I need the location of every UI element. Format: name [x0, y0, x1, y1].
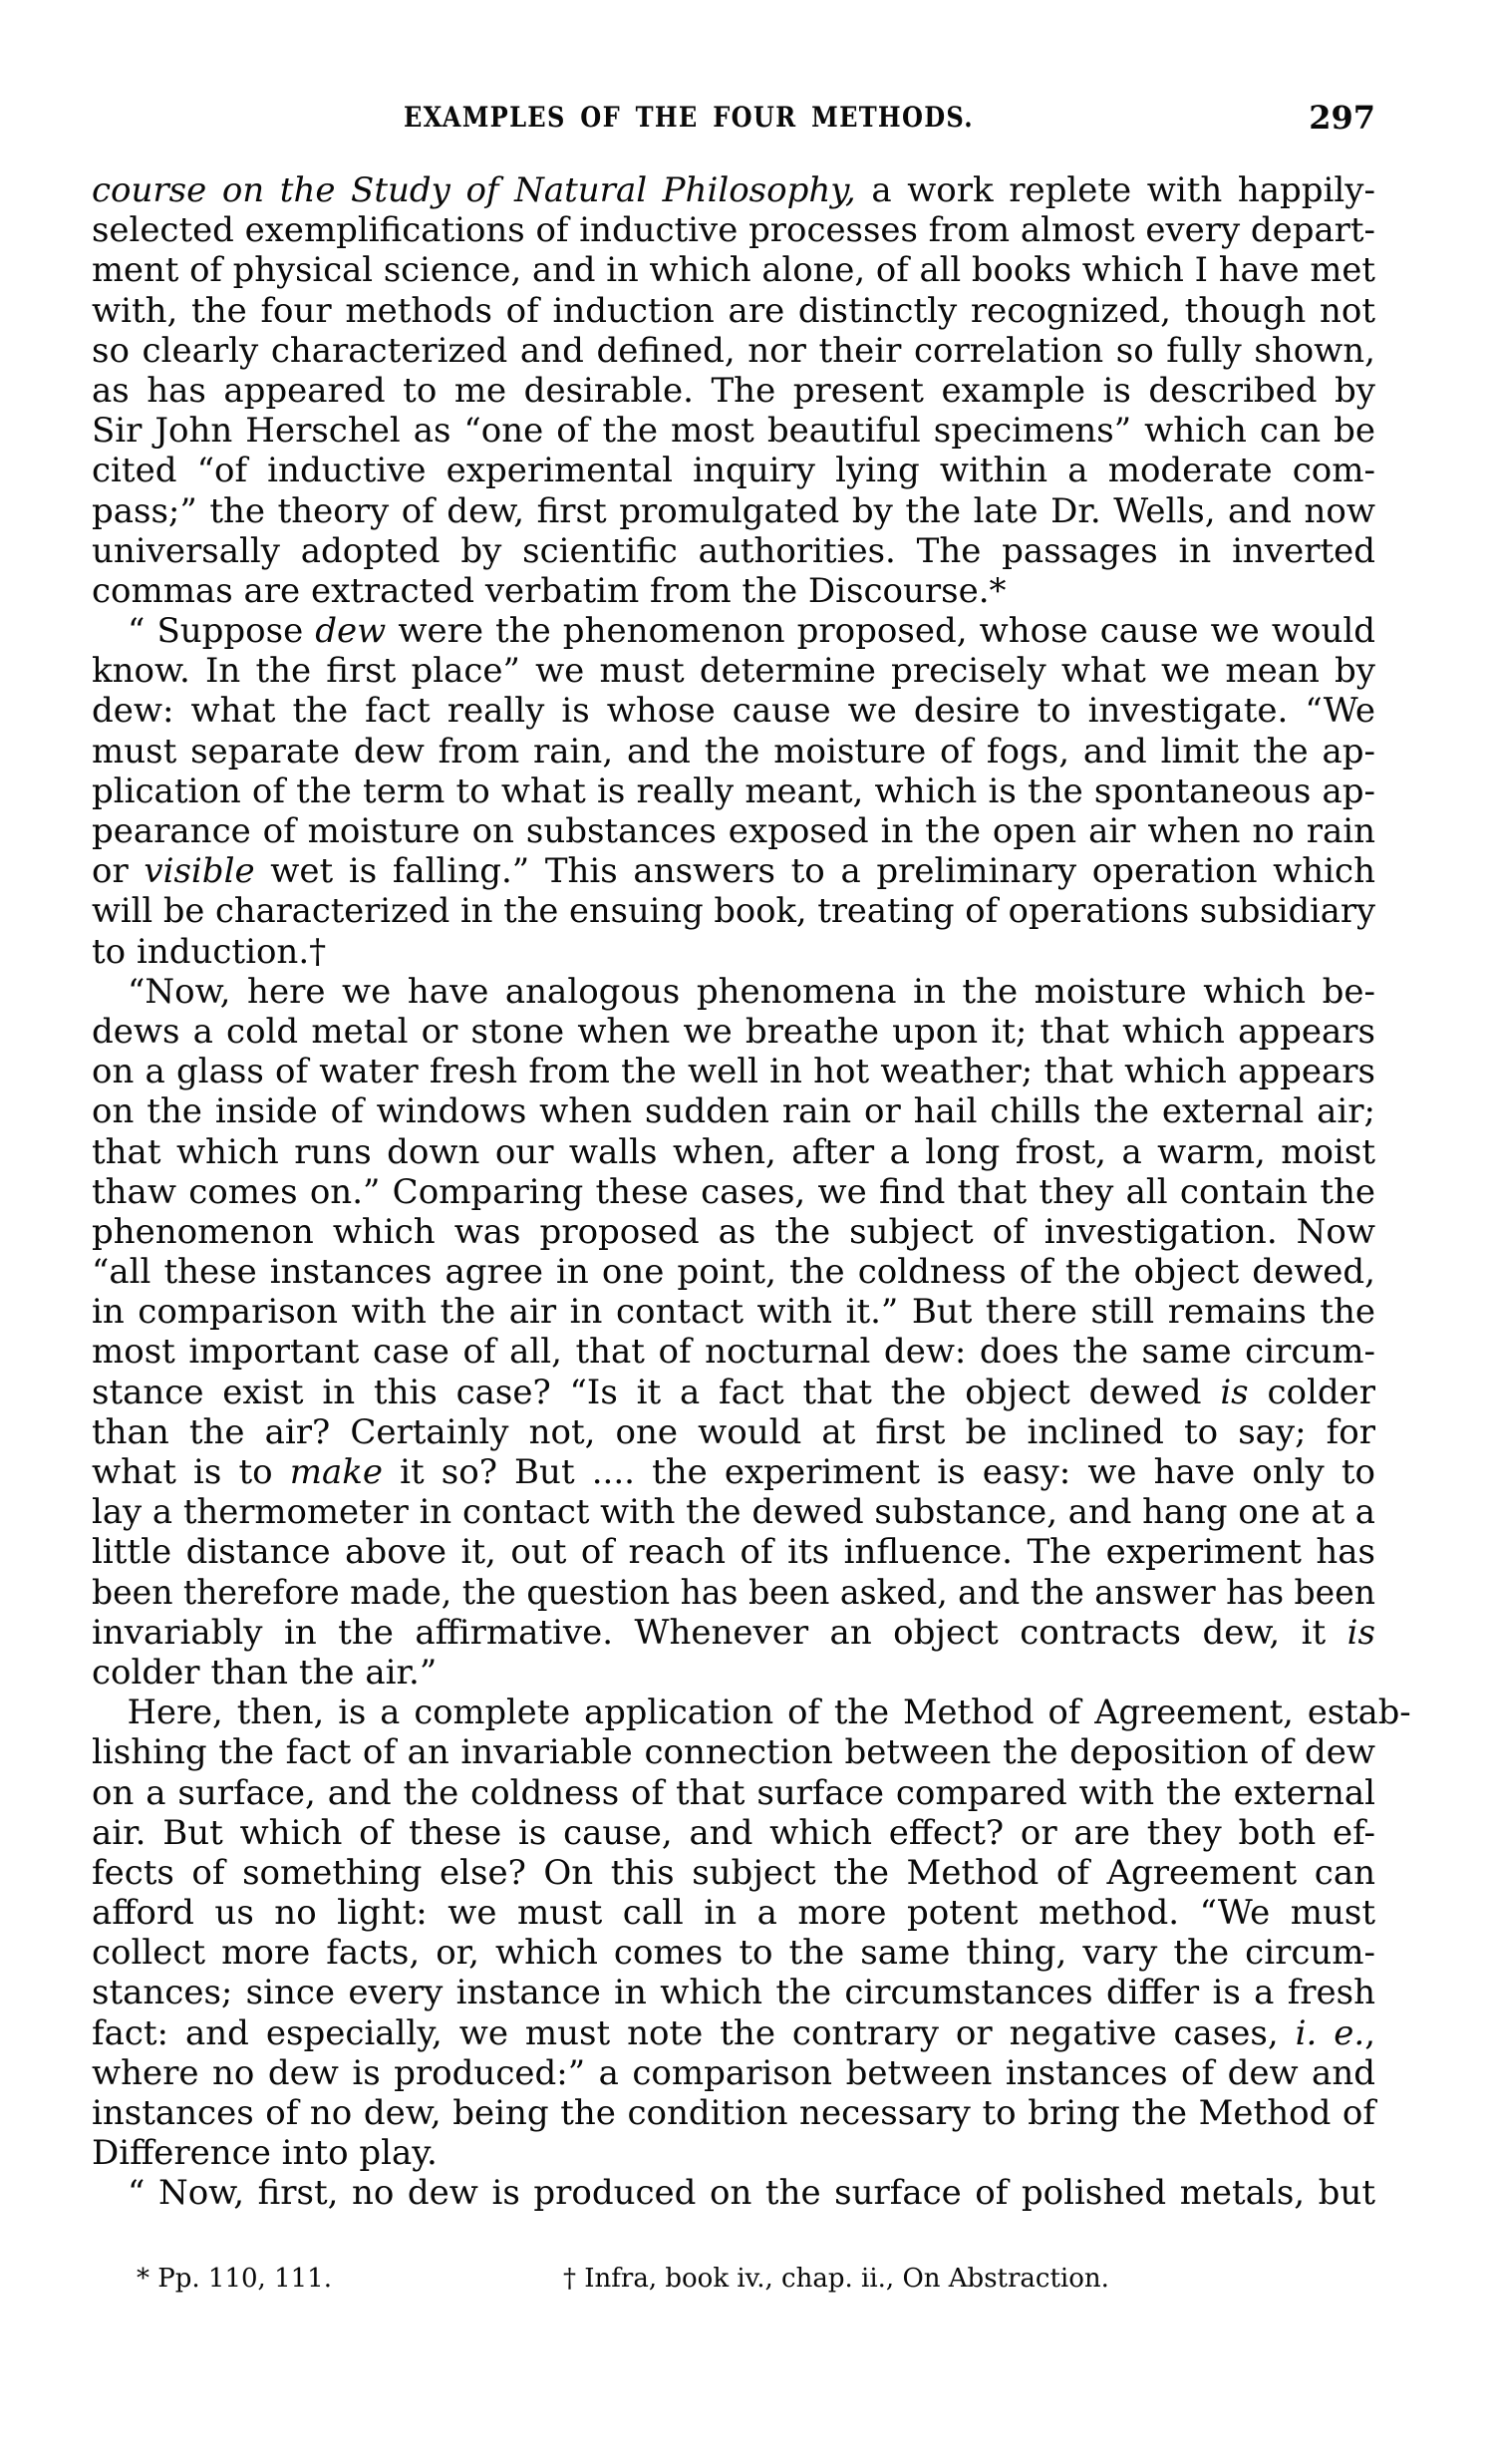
text-line: or visible wet is falling.” This answers…	[92, 851, 1375, 891]
roman-text: Here, then, is a complete application of…	[128, 1693, 1411, 1732]
text-line: fects of something else? On this subject…	[92, 1853, 1375, 1893]
roman-text: “ Suppose	[128, 611, 315, 651]
roman-text: that which runs down our walls when, aft…	[92, 1132, 1375, 1172]
roman-text: “ Now, first, no dew is produced on the …	[128, 2173, 1375, 2213]
text-line: thaw comes on.” Comparing these cases, w…	[92, 1172, 1375, 1212]
text-line: what is to make it so? But .... the expe…	[92, 1452, 1375, 1492]
roman-text: as has appeared to me desirable. The pre…	[92, 371, 1375, 411]
roman-text: thaw comes on.” Comparing these cases, w…	[92, 1172, 1375, 1212]
roman-text: lishing the fact of an invariable connec…	[92, 1732, 1375, 1772]
text-line: so clearly characterized and defined, no…	[92, 331, 1375, 371]
roman-text: stance exist in this case? “Is it a fact…	[92, 1373, 1220, 1412]
footnote-dagger: † Infra, book iv., chap. ii., On Abstrac…	[563, 2259, 1109, 2299]
running-head: EXAMPLES OF THE FOUR METHODS. 297	[92, 98, 1375, 138]
roman-text: air. But which of these is cause, and wh…	[92, 1813, 1375, 1853]
roman-text: than the air? Certainly not, one would a…	[92, 1412, 1375, 1452]
text-line: pearance of moisture on substances expos…	[92, 811, 1375, 851]
roman-text: on a glass of water fresh from the well …	[92, 1052, 1375, 1091]
roman-text: Sir John Herschel as “one of the most be…	[92, 411, 1375, 451]
text-line: lishing the fact of an invariable connec…	[92, 1732, 1375, 1772]
text-line: commas are extracted verbatim from the D…	[92, 571, 1375, 611]
roman-text: wet is falling.” This answers to a preli…	[255, 851, 1375, 891]
italic-text: is	[1220, 1373, 1248, 1412]
roman-text: been therefore made, the question has be…	[92, 1573, 1375, 1613]
roman-text: dews a cold metal or stone when we breat…	[92, 1012, 1375, 1052]
text-line: afford us no light: we must call in a mo…	[92, 1893, 1375, 1933]
text-line: selected exemplifications of inductive p…	[92, 210, 1375, 250]
roman-text: must separate dew from rain, and the moi…	[92, 732, 1375, 771]
text-line: universally adopted by scientific author…	[92, 531, 1375, 571]
roman-text: colder than the air.”	[92, 1653, 437, 1693]
roman-text: commas are extracted verbatim from the D…	[92, 571, 1007, 611]
text-line: little distance above it, out of reach o…	[92, 1532, 1375, 1572]
text-line: Difference into play.	[92, 2133, 1375, 2173]
italic-text: course on the Study of Natural Philosoph…	[92, 170, 856, 210]
roman-text: “Now, here we have analogous phenomena i…	[128, 972, 1375, 1012]
text-line: pass;” the theory of dew, first promulga…	[92, 491, 1375, 531]
text-line: to induction.†	[92, 932, 1375, 972]
text-line: in comparison with the air in contact wi…	[92, 1292, 1375, 1332]
roman-text: in comparison with the air in contact wi…	[92, 1292, 1375, 1332]
roman-text: what is to	[92, 1452, 290, 1492]
roman-text: selected exemplifications of inductive p…	[92, 210, 1375, 250]
italic-text: make	[290, 1452, 383, 1492]
text-line: most important case of all, that of noct…	[92, 1332, 1375, 1372]
page-number: 297	[1309, 98, 1375, 138]
roman-text: on the inside of windows when sudden rai…	[92, 1091, 1375, 1131]
body-text: course on the Study of Natural Philosoph…	[92, 170, 1375, 2214]
roman-text: colder	[1249, 1373, 1375, 1412]
roman-text: to induction.†	[92, 932, 326, 972]
roman-text: cited “of inductive experimental inquiry…	[92, 451, 1375, 490]
text-line: “ Now, first, no dew is produced on the …	[92, 2173, 1375, 2213]
roman-text: ,	[1364, 2013, 1375, 2053]
text-line: “Now, here we have analogous phenomena i…	[92, 972, 1375, 1012]
text-line: on a glass of water fresh from the well …	[92, 1052, 1375, 1091]
text-line: plication of the term to what is really …	[92, 771, 1375, 811]
roman-text: on a surface, and the coldness of that s…	[92, 1773, 1375, 1813]
roman-text: where no dew is produced:” a comparison …	[92, 2053, 1375, 2093]
roman-text: fact: and especially, we must note the c…	[92, 2013, 1296, 2053]
italic-text: is	[1347, 1613, 1375, 1653]
text-line: dew: what the fact really is whose cause…	[92, 691, 1375, 731]
roman-text: with, the four methods of induction are …	[92, 291, 1375, 331]
footnote-star: * Pp. 110, 111.	[137, 2259, 332, 2299]
text-line: must separate dew from rain, and the moi…	[92, 732, 1375, 771]
text-line: “all these instances agree in one point,…	[92, 1252, 1375, 1292]
text-line: cited “of inductive experimental inquiry…	[92, 451, 1375, 490]
roman-text: or	[92, 851, 144, 891]
text-line: than the air? Certainly not, one would a…	[92, 1412, 1375, 1452]
roman-text: a work replete with happily-	[856, 170, 1375, 210]
roman-text: pass;” the theory of dew, first promulga…	[92, 491, 1375, 531]
text-line: been therefore made, the question has be…	[92, 1573, 1375, 1613]
roman-text: phenomenon which was proposed as the sub…	[92, 1212, 1375, 1252]
roman-text: stances; since every instance in which t…	[92, 1973, 1375, 2012]
roman-text: were the phenomenon proposed, whose caus…	[386, 611, 1375, 651]
roman-text: know. In the first place” we must determ…	[92, 651, 1375, 691]
footnotes: * Pp. 110, 111. † Infra, book iv., chap.…	[137, 2259, 1333, 2299]
text-line: “ Suppose dew were the phenomenon propos…	[92, 611, 1375, 651]
roman-text: universally adopted by scientific author…	[92, 531, 1375, 571]
text-line: that which runs down our walls when, aft…	[92, 1132, 1375, 1172]
text-line: air. But which of these is cause, and wh…	[92, 1813, 1375, 1853]
roman-text: “all these instances agree in one point,…	[92, 1252, 1375, 1292]
text-line: invariably in the affirmative. Whenever …	[92, 1613, 1375, 1653]
text-line: stance exist in this case? “Is it a fact…	[92, 1373, 1375, 1412]
roman-text: ment of physical science, and in which a…	[92, 250, 1375, 290]
roman-text: lay a thermometer in contact with the de…	[92, 1492, 1375, 1532]
text-line: fact: and especially, we must note the c…	[92, 2013, 1375, 2053]
text-line: on a surface, and the coldness of that s…	[92, 1773, 1375, 1813]
text-line: will be characterized in the ensuing boo…	[92, 891, 1375, 931]
roman-text: Difference into play.	[92, 2133, 438, 2173]
text-line: with, the four methods of induction are …	[92, 291, 1375, 331]
roman-text: it so? But .... the experiment is easy: …	[383, 1452, 1375, 1492]
text-line: instances of no dew, being the condition…	[92, 2093, 1375, 2133]
roman-text: dew: what the fact really is whose cause…	[92, 691, 1375, 731]
text-line: Here, then, is a complete application of…	[92, 1693, 1411, 1732]
text-line: lay a thermometer in contact with the de…	[92, 1492, 1375, 1532]
roman-text: instances of no dew, being the condition…	[92, 2093, 1375, 2133]
text-line: phenomenon which was proposed as the sub…	[92, 1212, 1375, 1252]
running-title: EXAMPLES OF THE FOUR METHODS.	[404, 98, 974, 138]
italic-text: i. e.	[1296, 2013, 1365, 2053]
roman-text: most important case of all, that of noct…	[92, 1332, 1375, 1372]
roman-text: plication of the term to what is really …	[92, 771, 1375, 811]
roman-text: will be characterized in the ensuing boo…	[92, 891, 1375, 931]
text-line: as has appeared to me desirable. The pre…	[92, 371, 1375, 411]
text-line: colder than the air.”	[92, 1653, 1375, 1693]
roman-text: afford us no light: we must call in a mo…	[92, 1893, 1375, 1933]
text-line: ment of physical science, and in which a…	[92, 250, 1375, 290]
text-line: stances; since every instance in which t…	[92, 1973, 1375, 2012]
roman-text: collect more facts, or, which comes to t…	[92, 1933, 1375, 1973]
roman-text: fects of something else? On this subject…	[92, 1853, 1375, 1893]
italic-text: dew	[315, 611, 386, 651]
roman-text: pearance of moisture on substances expos…	[92, 811, 1375, 851]
book-page: EXAMPLES OF THE FOUR METHODS. 297 course…	[0, 0, 1490, 2464]
text-line: where no dew is produced:” a comparison …	[92, 2053, 1375, 2093]
text-line: Sir John Herschel as “one of the most be…	[92, 411, 1375, 451]
italic-text: visible	[144, 851, 254, 891]
roman-text: invariably in the affirmative. Whenever …	[92, 1613, 1347, 1653]
roman-text: little distance above it, out of reach o…	[92, 1532, 1375, 1572]
text-line: collect more facts, or, which comes to t…	[92, 1933, 1375, 1973]
roman-text: so clearly characterized and defined, no…	[92, 331, 1375, 371]
text-line: on the inside of windows when sudden rai…	[92, 1091, 1375, 1131]
text-line: know. In the first place” we must determ…	[92, 651, 1375, 691]
text-line: dews a cold metal or stone when we breat…	[92, 1012, 1375, 1052]
text-line: course on the Study of Natural Philosoph…	[92, 170, 1375, 210]
